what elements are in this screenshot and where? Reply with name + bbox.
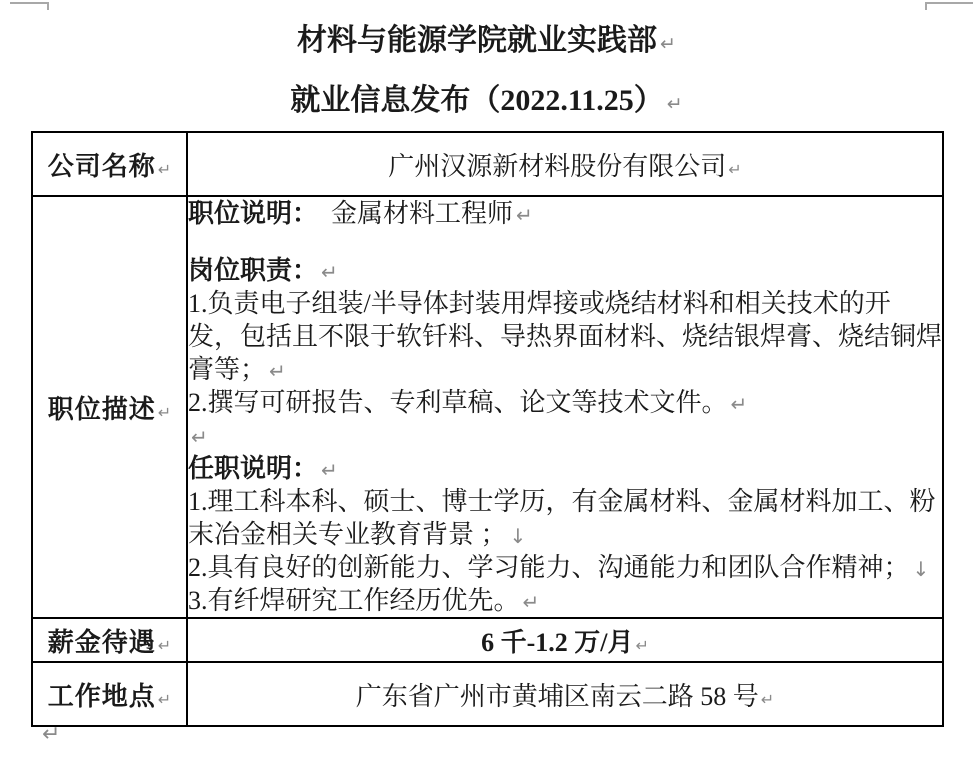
description-label: 职位描述 — [48, 395, 156, 424]
description-line-text: 1.理工科本科、硕士、博士学历，有金属材料、金属材料加工、粉 — [188, 487, 936, 516]
company-label-cell: 公司名称↵ — [32, 132, 187, 196]
description-line-text: 膏等； — [188, 355, 266, 384]
description-value-cell: 职位说明： 金属材料工程师↵岗位职责：↵1.负责电子组装/半导体封装用焊接或烧结… — [187, 196, 943, 618]
description-line-text: 金属材料工程师 — [305, 199, 513, 228]
description-line-text: 1.负责电子组装/半导体封装用焊接或烧结材料和相关技术的开 — [188, 289, 891, 318]
salary-value: 6 千-1.2 万/月 — [481, 628, 633, 657]
location-label: 工作地点 — [48, 682, 156, 711]
table-row-location: 工作地点↵ 广东省广州市黄埔区南云二路 58 号↵ — [32, 662, 943, 726]
company-value-cell: 广州汉源新材料股份有限公司↵ — [187, 132, 943, 196]
page-title-text: 材料与能源学院就业实践部 — [297, 24, 657, 57]
description-label-cell: 职位描述↵ — [32, 196, 187, 618]
paragraph-mark-icon: ↵ — [321, 260, 338, 284]
paragraph-mark-icon: ↵ — [158, 403, 171, 422]
description-line-bold-label: 职位说明： — [188, 199, 305, 228]
document-page: { "marks": { "para": "↵", "soft": "↓" },… — [0, 0, 973, 765]
paragraph-mark-icon: ↵ — [635, 636, 648, 655]
company-name: 广州汉源新材料股份有限公司 — [388, 152, 726, 181]
description-line: 2.具有良好的创新能力、学习能力、沟通能力和团队合作精神；↓ — [188, 551, 942, 584]
text-boundary-mark-top-right — [925, 2, 973, 10]
description-lines: 职位说明： 金属材料工程师↵岗位职责：↵1.负责电子组装/半导体封装用焊接或烧结… — [188, 197, 942, 617]
salary-value-cell: 6 千-1.2 万/月↵ — [187, 618, 943, 662]
description-line-bold-label: 岗位职责： — [188, 256, 318, 285]
company-label: 公司名称 — [48, 152, 156, 181]
paragraph-mark-icon: ↵ — [516, 203, 533, 227]
location-value-cell: 广东省广州市黄埔区南云二路 58 号↵ — [187, 662, 943, 726]
text-boundary-mark-top-left — [10, 2, 49, 10]
description-line: 岗位职责：↵ — [188, 254, 942, 287]
table-row-salary: 薪金待遇↵ 6 千-1.2 万/月↵ — [32, 618, 943, 662]
paragraph-mark-icon: ↵ — [158, 636, 171, 655]
line-break-mark-icon: ↓ — [913, 557, 930, 581]
table-row-company: 公司名称↵ 广州汉源新材料股份有限公司↵ — [32, 132, 943, 196]
table-row-description: 职位描述↵ 职位说明： 金属材料工程师↵岗位职责：↵1.负责电子组装/半导体封装… — [32, 196, 943, 618]
description-line-text: 2.撰写可研报告、专利草稿、论文等技术文件。 — [188, 388, 728, 417]
line-break-mark-icon: ↓ — [510, 524, 527, 548]
page-subtitle: 就业信息发布（2022.11.25）↵ — [0, 84, 973, 121]
salary-label-cell: 薪金待遇↵ — [32, 618, 187, 662]
location-label-cell: 工作地点↵ — [32, 662, 187, 726]
paragraph-mark-icon: ↵ — [42, 722, 60, 747]
paragraph-mark-icon: ↵ — [667, 93, 683, 115]
description-line-bold-label: 任职说明： — [188, 454, 318, 483]
paragraph-mark-icon: ↵ — [191, 425, 208, 449]
description-line: 2.撰写可研报告、专利草稿、论文等技术文件。↵ — [188, 386, 942, 419]
description-line-text: 发，包括且不限于软钎料、导热界面材料、烧结银焊膏、烧结铜焊 — [188, 322, 942, 351]
paragraph-mark-icon: ↵ — [321, 458, 338, 482]
description-line-text: 2.具有良好的创新能力、学习能力、沟通能力和团队合作精神； — [188, 553, 910, 582]
description-line-text: 3.有纤焊研究工作经历优先。 — [188, 586, 520, 615]
description-line: 任职说明：↵ — [188, 452, 942, 485]
paragraph-mark-icon: ↵ — [269, 359, 286, 383]
description-line: 末冶金相关专业教育背景 ；↓ — [188, 518, 942, 551]
paragraph-mark-icon: ↵ — [761, 690, 774, 709]
paragraph-mark-icon: ↵ — [728, 160, 741, 179]
page-title: 材料与能源学院就业实践部↵ — [0, 24, 973, 61]
description-line: 1.理工科本科、硕士、博士学历，有金属材料、金属材料加工、粉 — [188, 485, 942, 518]
job-info-table: 公司名称↵ 广州汉源新材料股份有限公司↵ 职位描述↵ 职位说明： 金属材料工程师… — [31, 131, 944, 727]
description-line: 职位说明： 金属材料工程师↵ — [188, 197, 942, 230]
paragraph-mark-icon: ↵ — [158, 690, 171, 709]
description-line: 1.负责电子组装/半导体封装用焊接或烧结材料和相关技术的开 — [188, 287, 942, 320]
paragraph-mark-icon: ↵ — [158, 160, 171, 179]
location-value: 广东省广州市黄埔区南云二路 58 号 — [356, 682, 759, 711]
description-line: 3.有纤焊研究工作经历优先。↵ — [188, 584, 942, 617]
paragraph-mark-icon: ↵ — [660, 33, 676, 55]
description-line-text: 末冶金相关专业教育背景 ； — [188, 520, 507, 549]
paragraph-mark-icon: ↵ — [523, 590, 540, 614]
description-line: 发，包括且不限于软钎料、导热界面材料、烧结银焊膏、烧结铜焊 — [188, 320, 942, 353]
salary-label: 薪金待遇 — [48, 628, 156, 657]
page-subtitle-text: 就业信息发布（2022.11.25） — [290, 84, 663, 117]
description-line: ↵ — [188, 419, 942, 452]
paragraph-mark-icon: ↵ — [731, 392, 748, 416]
description-line: 膏等；↵ — [188, 353, 942, 386]
